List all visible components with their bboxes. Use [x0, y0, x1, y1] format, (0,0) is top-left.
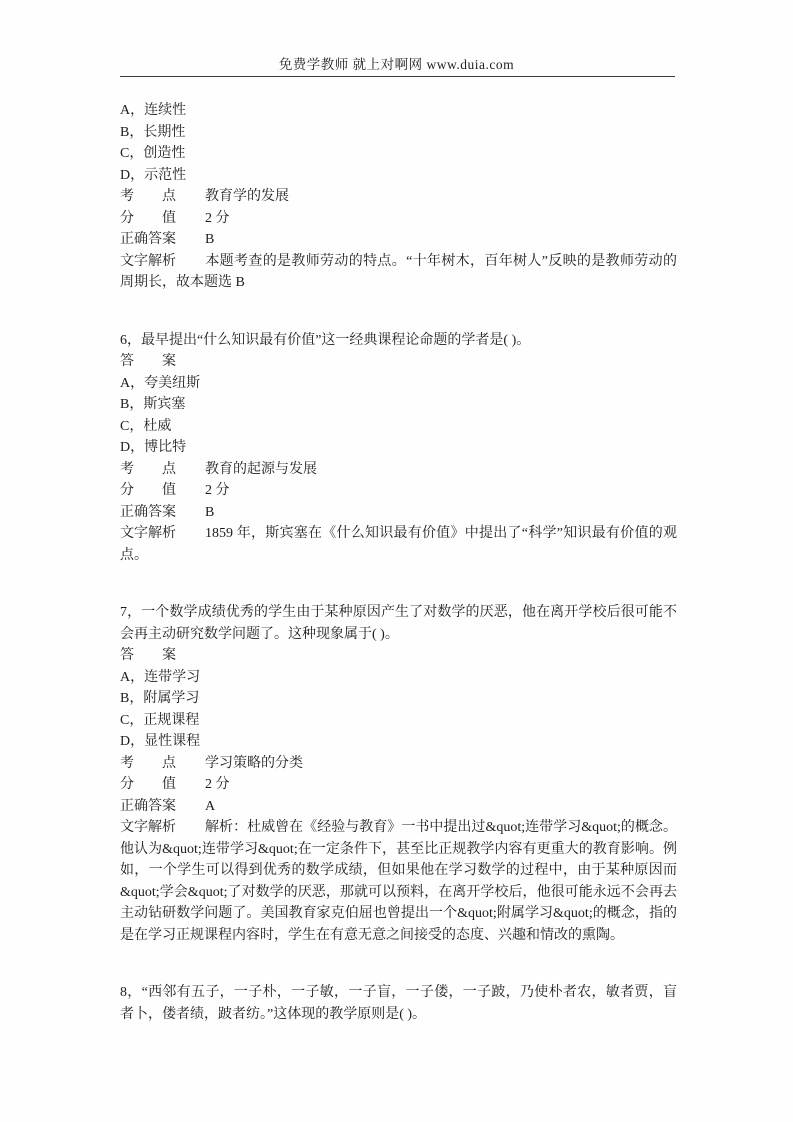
header-divider: [120, 76, 675, 77]
field-row: 考 点教育的起源与发展: [120, 459, 677, 481]
field-label: 文字解析: [120, 251, 205, 273]
option-item: B，斯宾塞: [120, 394, 677, 416]
field-row: 正确答案A: [120, 796, 677, 818]
option-item: A，连续性: [120, 100, 677, 122]
field-label: 正确答案: [120, 796, 205, 818]
field-value: 教育的起源与发展: [205, 462, 317, 477]
question-block: 8，“西邻有五子，一子朴，一子敏，一子盲，一子偻，一子跛，乃使朴者农，敏者贾，盲…: [120, 982, 677, 1025]
field-value: 解析：杜威曾在《经验与教育》一书中提出过&quot;连带学习&quot;的概念。…: [120, 820, 677, 943]
field-row: 分 值2 分: [120, 480, 677, 502]
question-block: 6，最早提出“什么知识最有价值”这一经典课程论命题的学者是( )。 答 案 A，…: [120, 330, 677, 567]
field-label: 分 值: [120, 480, 205, 502]
field-value: 2 分: [205, 211, 230, 226]
option-item: D，博比特: [120, 437, 677, 459]
document-body: A，连续性 B，长期性 C，创造性 D，示范性 考 点教育学的发展 分 值2 分…: [120, 100, 677, 1025]
field-label: 文字解析: [120, 817, 205, 839]
field-value: 2 分: [205, 777, 230, 792]
answer-heading: 答 案: [120, 645, 677, 667]
field-value: 2 分: [205, 483, 230, 498]
field-row: 正确答案B: [120, 502, 677, 524]
field-value: 学习策略的分类: [205, 756, 303, 771]
field-value: A: [205, 799, 215, 814]
field-row: 文字解析1859 年，斯宾塞在《什么知识最有价值》中提出了“科学”知识最有价值的…: [120, 523, 677, 566]
field-row: 正确答案B: [120, 229, 677, 251]
document-page: 免费学教师 就上对啊网 www.duia.com A，连续性 B，长期性 C，创…: [0, 0, 793, 1122]
option-item: D，示范性: [120, 165, 677, 187]
question-block: 7，一个数学成绩优秀的学生由于某种原因产生了对数学的厌恶，他在离开学校后很可能不…: [120, 602, 677, 946]
field-label: 考 点: [120, 459, 205, 481]
option-item: B，长期性: [120, 122, 677, 144]
answer-heading: 答 案: [120, 351, 677, 373]
field-value: B: [205, 505, 214, 520]
option-item: A，连带学习: [120, 667, 677, 689]
field-label: 分 值: [120, 208, 205, 230]
field-row: 分 值2 分: [120, 774, 677, 796]
field-label: 考 点: [120, 186, 205, 208]
question-stem: 7，一个数学成绩优秀的学生由于某种原因产生了对数学的厌恶，他在离开学校后很可能不…: [120, 602, 677, 645]
field-row: 考 点教育学的发展: [120, 186, 677, 208]
question-stem: 8，“西邻有五子，一子朴，一子敏，一子盲，一子偻，一子跛，乃使朴者农，敏者贾，盲…: [120, 982, 677, 1025]
option-item: C，杜威: [120, 416, 677, 438]
field-label: 分 值: [120, 774, 205, 796]
question-stem: 6，最早提出“什么知识最有价值”这一经典课程论命题的学者是( )。: [120, 330, 677, 352]
field-value: 教育学的发展: [205, 189, 289, 204]
field-label: 正确答案: [120, 502, 205, 524]
field-row: 考 点学习策略的分类: [120, 753, 677, 775]
option-item: C，创造性: [120, 143, 677, 165]
page-header: 免费学教师 就上对啊网 www.duia.com: [0, 0, 793, 74]
option-item: A，夸美纽斯: [120, 373, 677, 395]
option-item: C，正规课程: [120, 710, 677, 732]
field-row: 分 值2 分: [120, 208, 677, 230]
field-row: 文字解析解析：杜威曾在《经验与教育》一书中提出过&quot;连带学习&quot;…: [120, 817, 677, 946]
option-item: D，显性课程: [120, 731, 677, 753]
question-block: A，连续性 B，长期性 C，创造性 D，示范性 考 点教育学的发展 分 值2 分…: [120, 100, 677, 294]
field-value: B: [205, 232, 214, 247]
site-brand-text: 免费学教师 就上对啊网 www.duia.com: [279, 57, 514, 72]
field-label: 正确答案: [120, 229, 205, 251]
field-label: 文字解析: [120, 523, 205, 545]
field-row: 文字解析本题考查的是教师劳动的特点。“十年树木，百年树人”反映的是教师劳动的周期…: [120, 251, 677, 294]
option-item: B，附属学习: [120, 688, 677, 710]
field-label: 考 点: [120, 753, 205, 775]
